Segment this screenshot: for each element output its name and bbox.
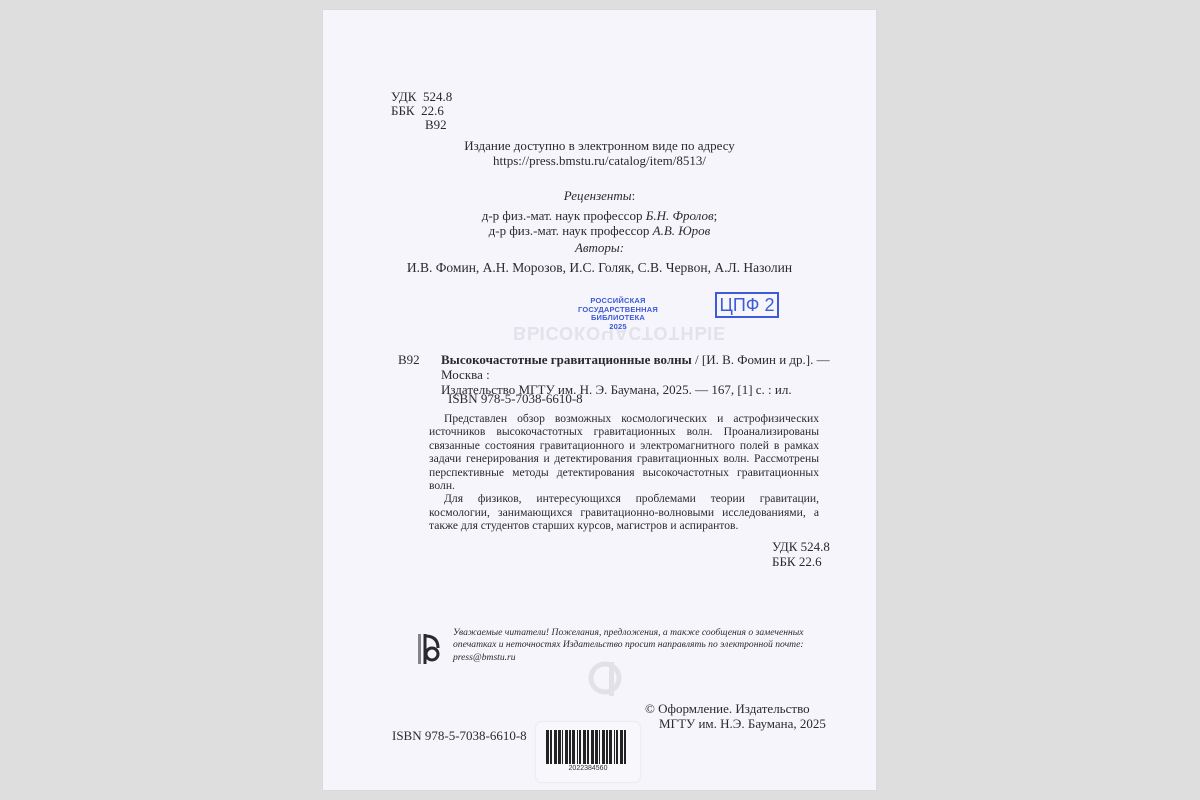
isbn-record: ISBN 978-5-7038-6610-8 (448, 391, 583, 407)
abstract: Представлен обзор возможных космологичес… (429, 412, 819, 533)
reviewer-1: д-р физ.-мат. наук профессор Б.Н. Фролов… (323, 208, 876, 223)
reader-notice-text: Уважаемые читатели! Пожелания, предложен… (453, 627, 813, 652)
abstract-paragraph-1: Представлен обзор возможных космологичес… (429, 412, 819, 492)
book-title: Высокочастотные гравитационные волны (441, 352, 692, 367)
classification-bottom: УДК 524.8 ББК 22.6 (772, 539, 830, 569)
reviewer-name: Б.Н. Фролов (646, 208, 714, 223)
udk-value: 524.8 (423, 89, 452, 104)
isbn-bottom: ISBN 978-5-7038-6610-8 (392, 728, 527, 744)
copyright-line-1: © Оформление. Издательство (645, 701, 826, 716)
authors-block: Авторы: И.В. Фомин, А.Н. Морозов, И.С. Г… (323, 240, 876, 275)
reviewers-heading: Рецензенты (564, 188, 632, 203)
book-imprint-page: УДК 524.8 ББК 22.6 В92 Издание доступно … (323, 10, 876, 790)
library-stamp: РОССИЙСКАЯ ГОСУДАРСТВЕННАЯ БИБЛИОТЕКА 20… (563, 297, 673, 331)
reviewers-block: Рецензенты: д-р физ.-мат. наук профессор… (323, 188, 876, 238)
reader-notice: Уважаемые читатели! Пожелания, предложен… (453, 627, 813, 664)
stamp-line: 2025 (563, 323, 673, 332)
online-notice-text: Издание доступно в электронном виде по а… (323, 138, 876, 153)
publisher-logo-icon (418, 630, 440, 668)
online-notice: Издание доступно в электронном виде по а… (323, 138, 876, 168)
bbk-bottom: ББК 22.6 (772, 554, 830, 569)
barcode-sticker: 2022384560 (536, 722, 640, 782)
cpf-stamp: ЦПФ 2 (715, 292, 779, 318)
classification-top: УДК 524.8 ББК 22.6 В92 (391, 90, 452, 132)
abstract-paragraph-2: Для физиков, интересующихся проблемами т… (429, 492, 819, 532)
copyright-line-2: МГТУ им. Н.Э. Баумана, 2025 (645, 716, 826, 731)
bbk-label: ББК (391, 103, 415, 118)
reviewer-name: А.В. Юров (653, 223, 711, 238)
reviewer-2: д-р физ.-мат. наук профессор А.В. Юров (323, 223, 876, 238)
author-mark: В92 (425, 117, 447, 132)
record-code: В92 (398, 352, 420, 367)
online-url: https://press.bmstu.ru/catalog/item/8513… (323, 153, 876, 168)
udk-label: УДК (391, 89, 416, 104)
authors-list: И.В. Фомин, А.Н. Морозов, И.С. Голяк, С.… (323, 260, 876, 275)
reviewers-heading-colon: : (632, 188, 636, 203)
bbk-value: 22.6 (421, 103, 444, 118)
barcode-icon (546, 730, 630, 764)
udk-bottom: УДК 524.8 (772, 539, 830, 554)
copyright: © Оформление. Издательство МГТУ им. Н.Э.… (645, 701, 826, 731)
reviewer-suffix: ; (714, 208, 718, 223)
watermark-logo-icon (585, 658, 625, 702)
reviewer-title: д-р физ.-мат. наук профессор (489, 223, 653, 238)
reviewer-title: д-р физ.-мат. наук профессор (482, 208, 646, 223)
barcode-number: 2022384560 (536, 765, 640, 772)
reader-notice-email: press@bmstu.ru (453, 652, 813, 664)
authors-heading: Авторы: (323, 240, 876, 255)
